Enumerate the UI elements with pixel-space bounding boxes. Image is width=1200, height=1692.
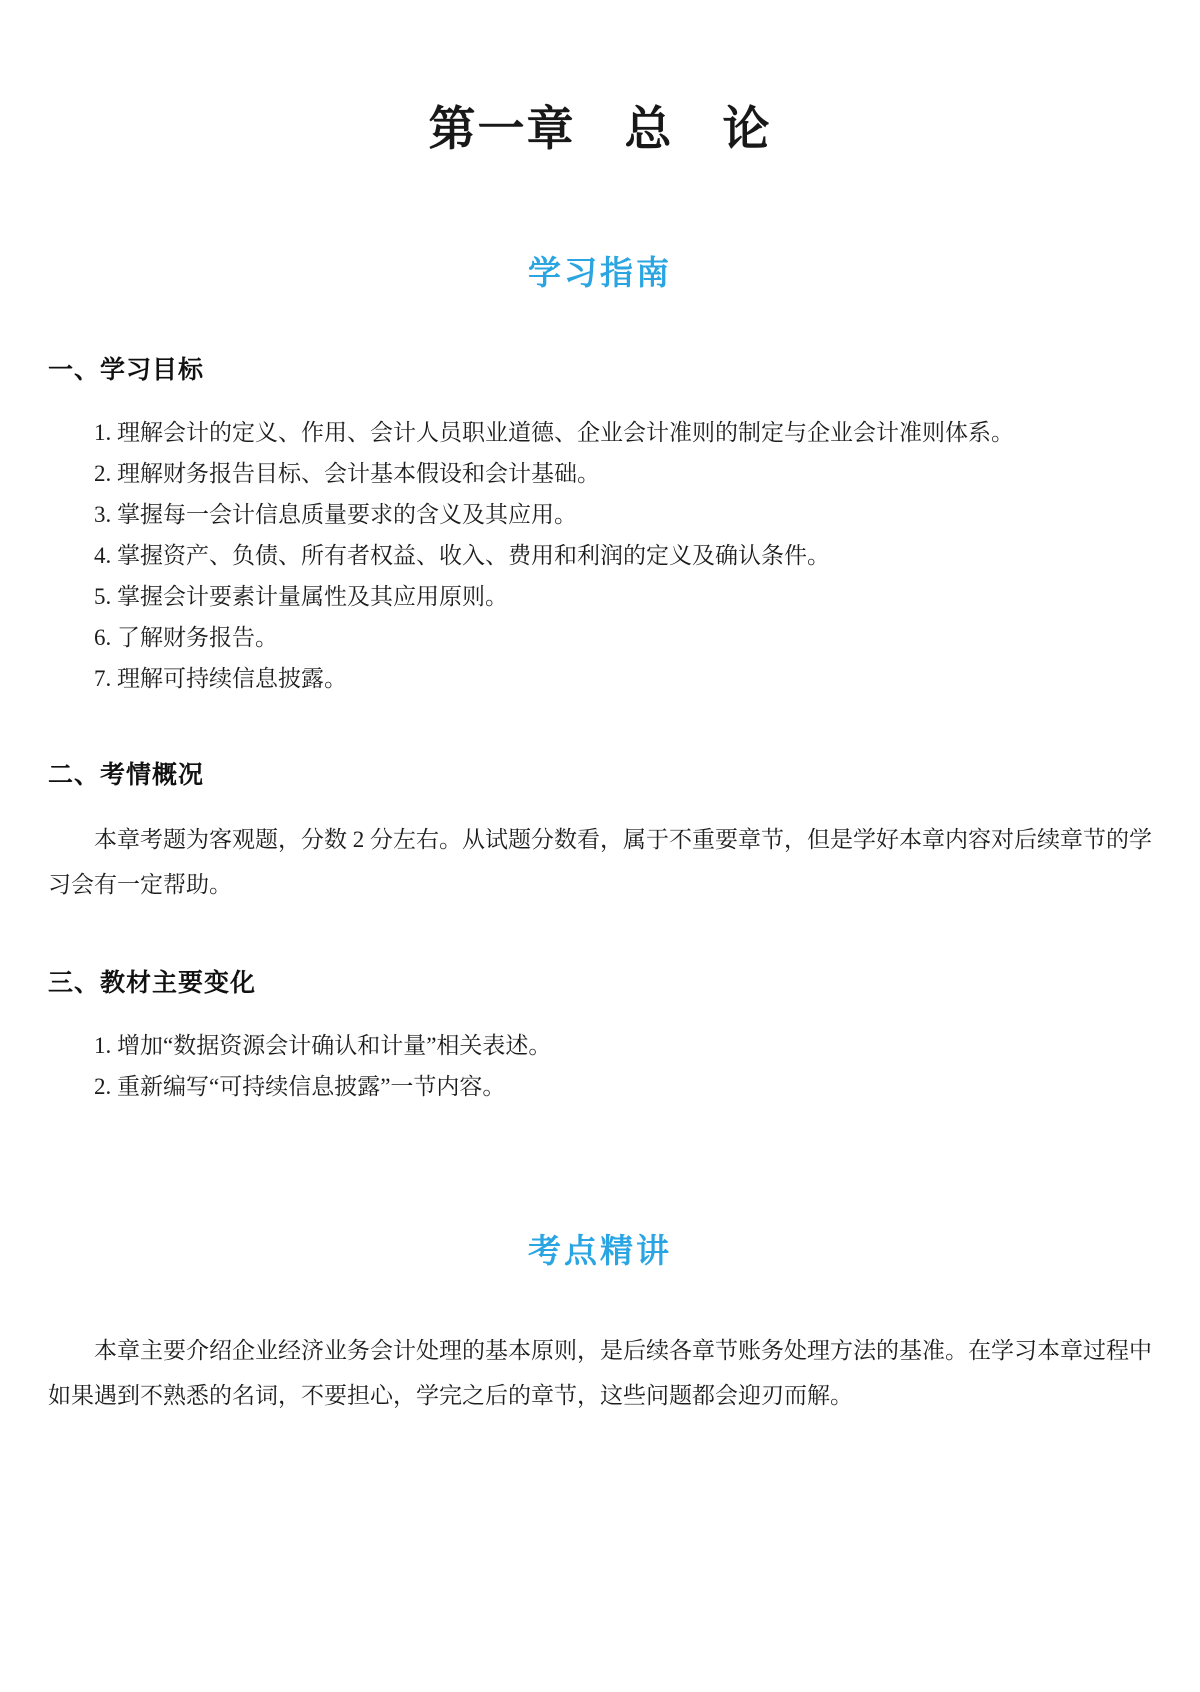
objective-item-1: 1. 理解会计的定义、作用、会计人员职业道德、企业会计准则的制定与企业会计准则体… [48, 412, 1152, 453]
objective-item-7: 7. 理解可持续信息披露。 [48, 658, 1152, 699]
textbook-change-item-1: 1. 增加“数据资源会计确认和计量”相关表述。 [48, 1025, 1152, 1066]
objective-item-4: 4. 掌握资产、负债、所有者权益、收入、费用和利润的定义及确认条件。 [48, 535, 1152, 576]
study-guide-heading: 学习指南 [48, 247, 1152, 294]
learning-objectives-list: 1. 理解会计的定义、作用、会计人员职业道德、企业会计准则的制定与企业会计准则体… [48, 412, 1152, 699]
textbook-change-item-2: 2. 重新编写“可持续信息披露”一节内容。 [48, 1066, 1152, 1107]
objective-item-3: 3. 掌握每一会计信息质量要求的含义及其应用。 [48, 494, 1152, 535]
exam-overview-title: 二、考情概况 [48, 755, 1152, 791]
section-textbook-changes: 三、教材主要变化 1. 增加“数据资源会计确认和计量”相关表述。 2. 重新编写… [48, 963, 1152, 1107]
objective-item-2: 2. 理解财务报告目标、会计基本假设和会计基础。 [48, 453, 1152, 494]
chapter-title: 第一章 总 论 [48, 0, 1152, 159]
document-page: 第一章 总 论 学习指南 一、学习目标 1. 理解会计的定义、作用、会计人员职业… [0, 0, 1200, 1692]
textbook-changes-list: 1. 增加“数据资源会计确认和计量”相关表述。 2. 重新编写“可持续信息披露”… [48, 1025, 1152, 1107]
key-points-paragraph: 本章主要介绍企业经济业务会计处理的基本原则，是后续各章节账务处理方法的基准。在学… [48, 1328, 1152, 1418]
textbook-changes-title: 三、教材主要变化 [48, 963, 1152, 999]
section-exam-overview: 二、考情概况 本章考题为客观题，分数 2 分左右。从试题分数看，属于不重要章节，… [48, 755, 1152, 907]
objective-item-6: 6. 了解财务报告。 [48, 617, 1152, 658]
exam-overview-paragraph: 本章考题为客观题，分数 2 分左右。从试题分数看，属于不重要章节，但是学好本章内… [48, 817, 1152, 907]
objective-item-5: 5. 掌握会计要素计量属性及其应用原则。 [48, 576, 1152, 617]
key-points-heading: 考点精讲 [48, 1225, 1152, 1272]
section-learning-objectives: 一、学习目标 1. 理解会计的定义、作用、会计人员职业道德、企业会计准则的制定与… [48, 350, 1152, 699]
learning-objectives-title: 一、学习目标 [48, 350, 1152, 386]
